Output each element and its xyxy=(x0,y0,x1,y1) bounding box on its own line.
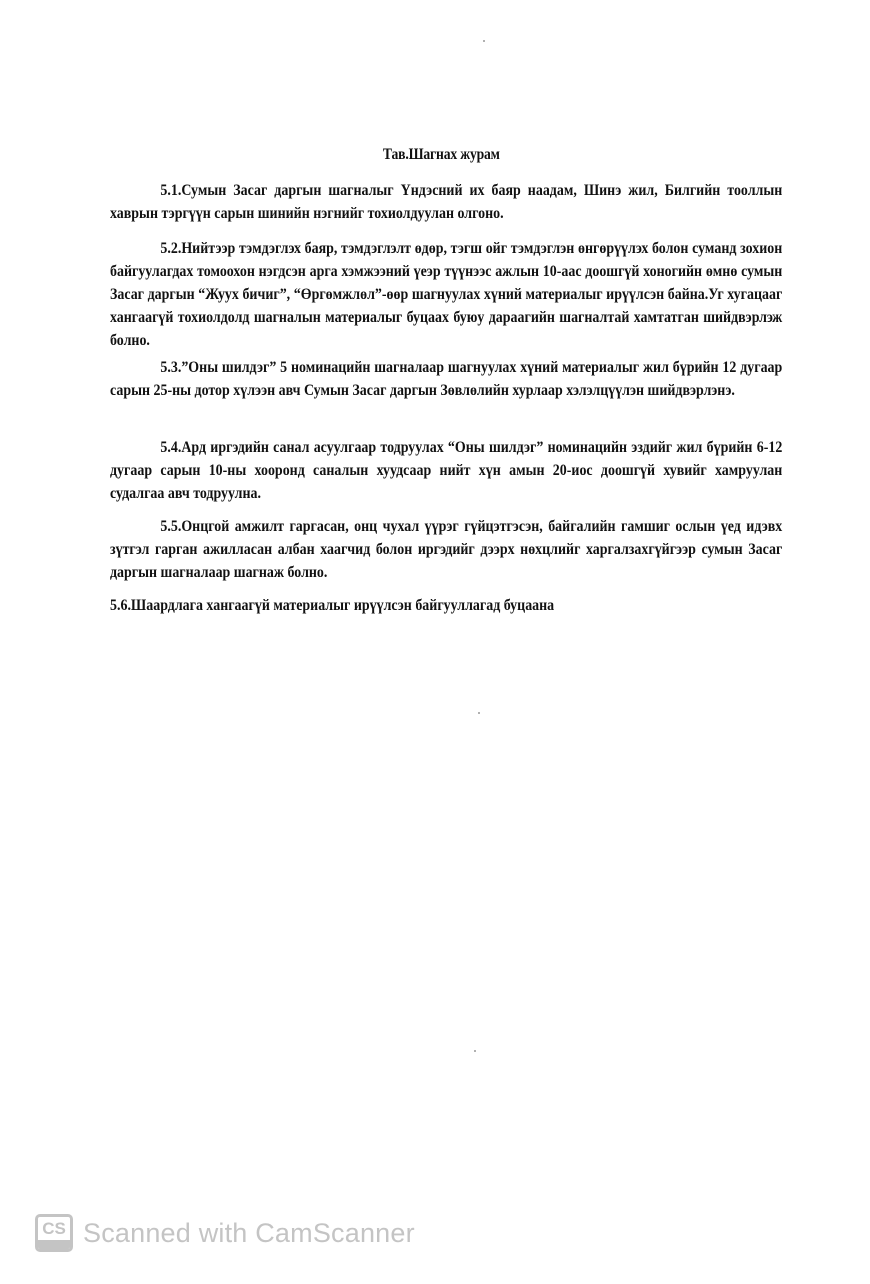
paragraph-5-5: 5.5.Онцгой амжилт гаргасан, онц чухал үү… xyxy=(110,515,782,584)
paragraph-text: 5.6.Шаардлага хангаагүй материалыг ирүүл… xyxy=(110,594,782,617)
section-title: Тав.Шагнах журам xyxy=(59,146,825,164)
paragraph-text: 5.1.Сумын Засаг даргын шагналыг Үндэсний… xyxy=(110,179,782,225)
paragraph-5-4: 5.4.Ард иргэдийн санал асуулгаар тодруул… xyxy=(110,436,782,505)
scan-speck xyxy=(478,712,480,714)
camscanner-watermark: CS Scanned with CamScanner xyxy=(35,1214,415,1252)
paragraph-text: 5.5.Онцгой амжилт гаргасан, онц чухал үү… xyxy=(110,515,782,584)
paragraph-text: 5.2.Нийтээр тэмдэглэх баяр, тэмдэглэлт ө… xyxy=(110,237,782,352)
paragraph-5-2: 5.2.Нийтээр тэмдэглэх баяр, тэмдэглэлт ө… xyxy=(110,237,782,352)
watermark-text: Scanned with CamScanner xyxy=(83,1218,415,1249)
paragraph-text: 5.3.”Оны шилдэг” 5 номинацийн шагналаар … xyxy=(110,356,782,402)
camscanner-logo-icon: CS xyxy=(35,1214,73,1252)
scanned-page: Тав.Шагнах журам 5.1.Сумын Засаг даргын … xyxy=(0,0,870,1284)
paragraph-text: 5.4.Ард иргэдийн санал асуулгаар тодруул… xyxy=(110,436,782,505)
paragraph-5-1: 5.1.Сумын Засаг даргын шагналыг Үндэсний… xyxy=(110,179,782,225)
paragraph-5-6: 5.6.Шаардлага хангаагүй материалыг ирүүл… xyxy=(110,594,782,617)
logo-text: CS xyxy=(42,1219,66,1239)
scan-speck xyxy=(474,1050,476,1052)
scan-speck xyxy=(483,40,485,42)
paragraph-5-3: 5.3.”Оны шилдэг” 5 номинацийн шагналаар … xyxy=(110,356,782,402)
